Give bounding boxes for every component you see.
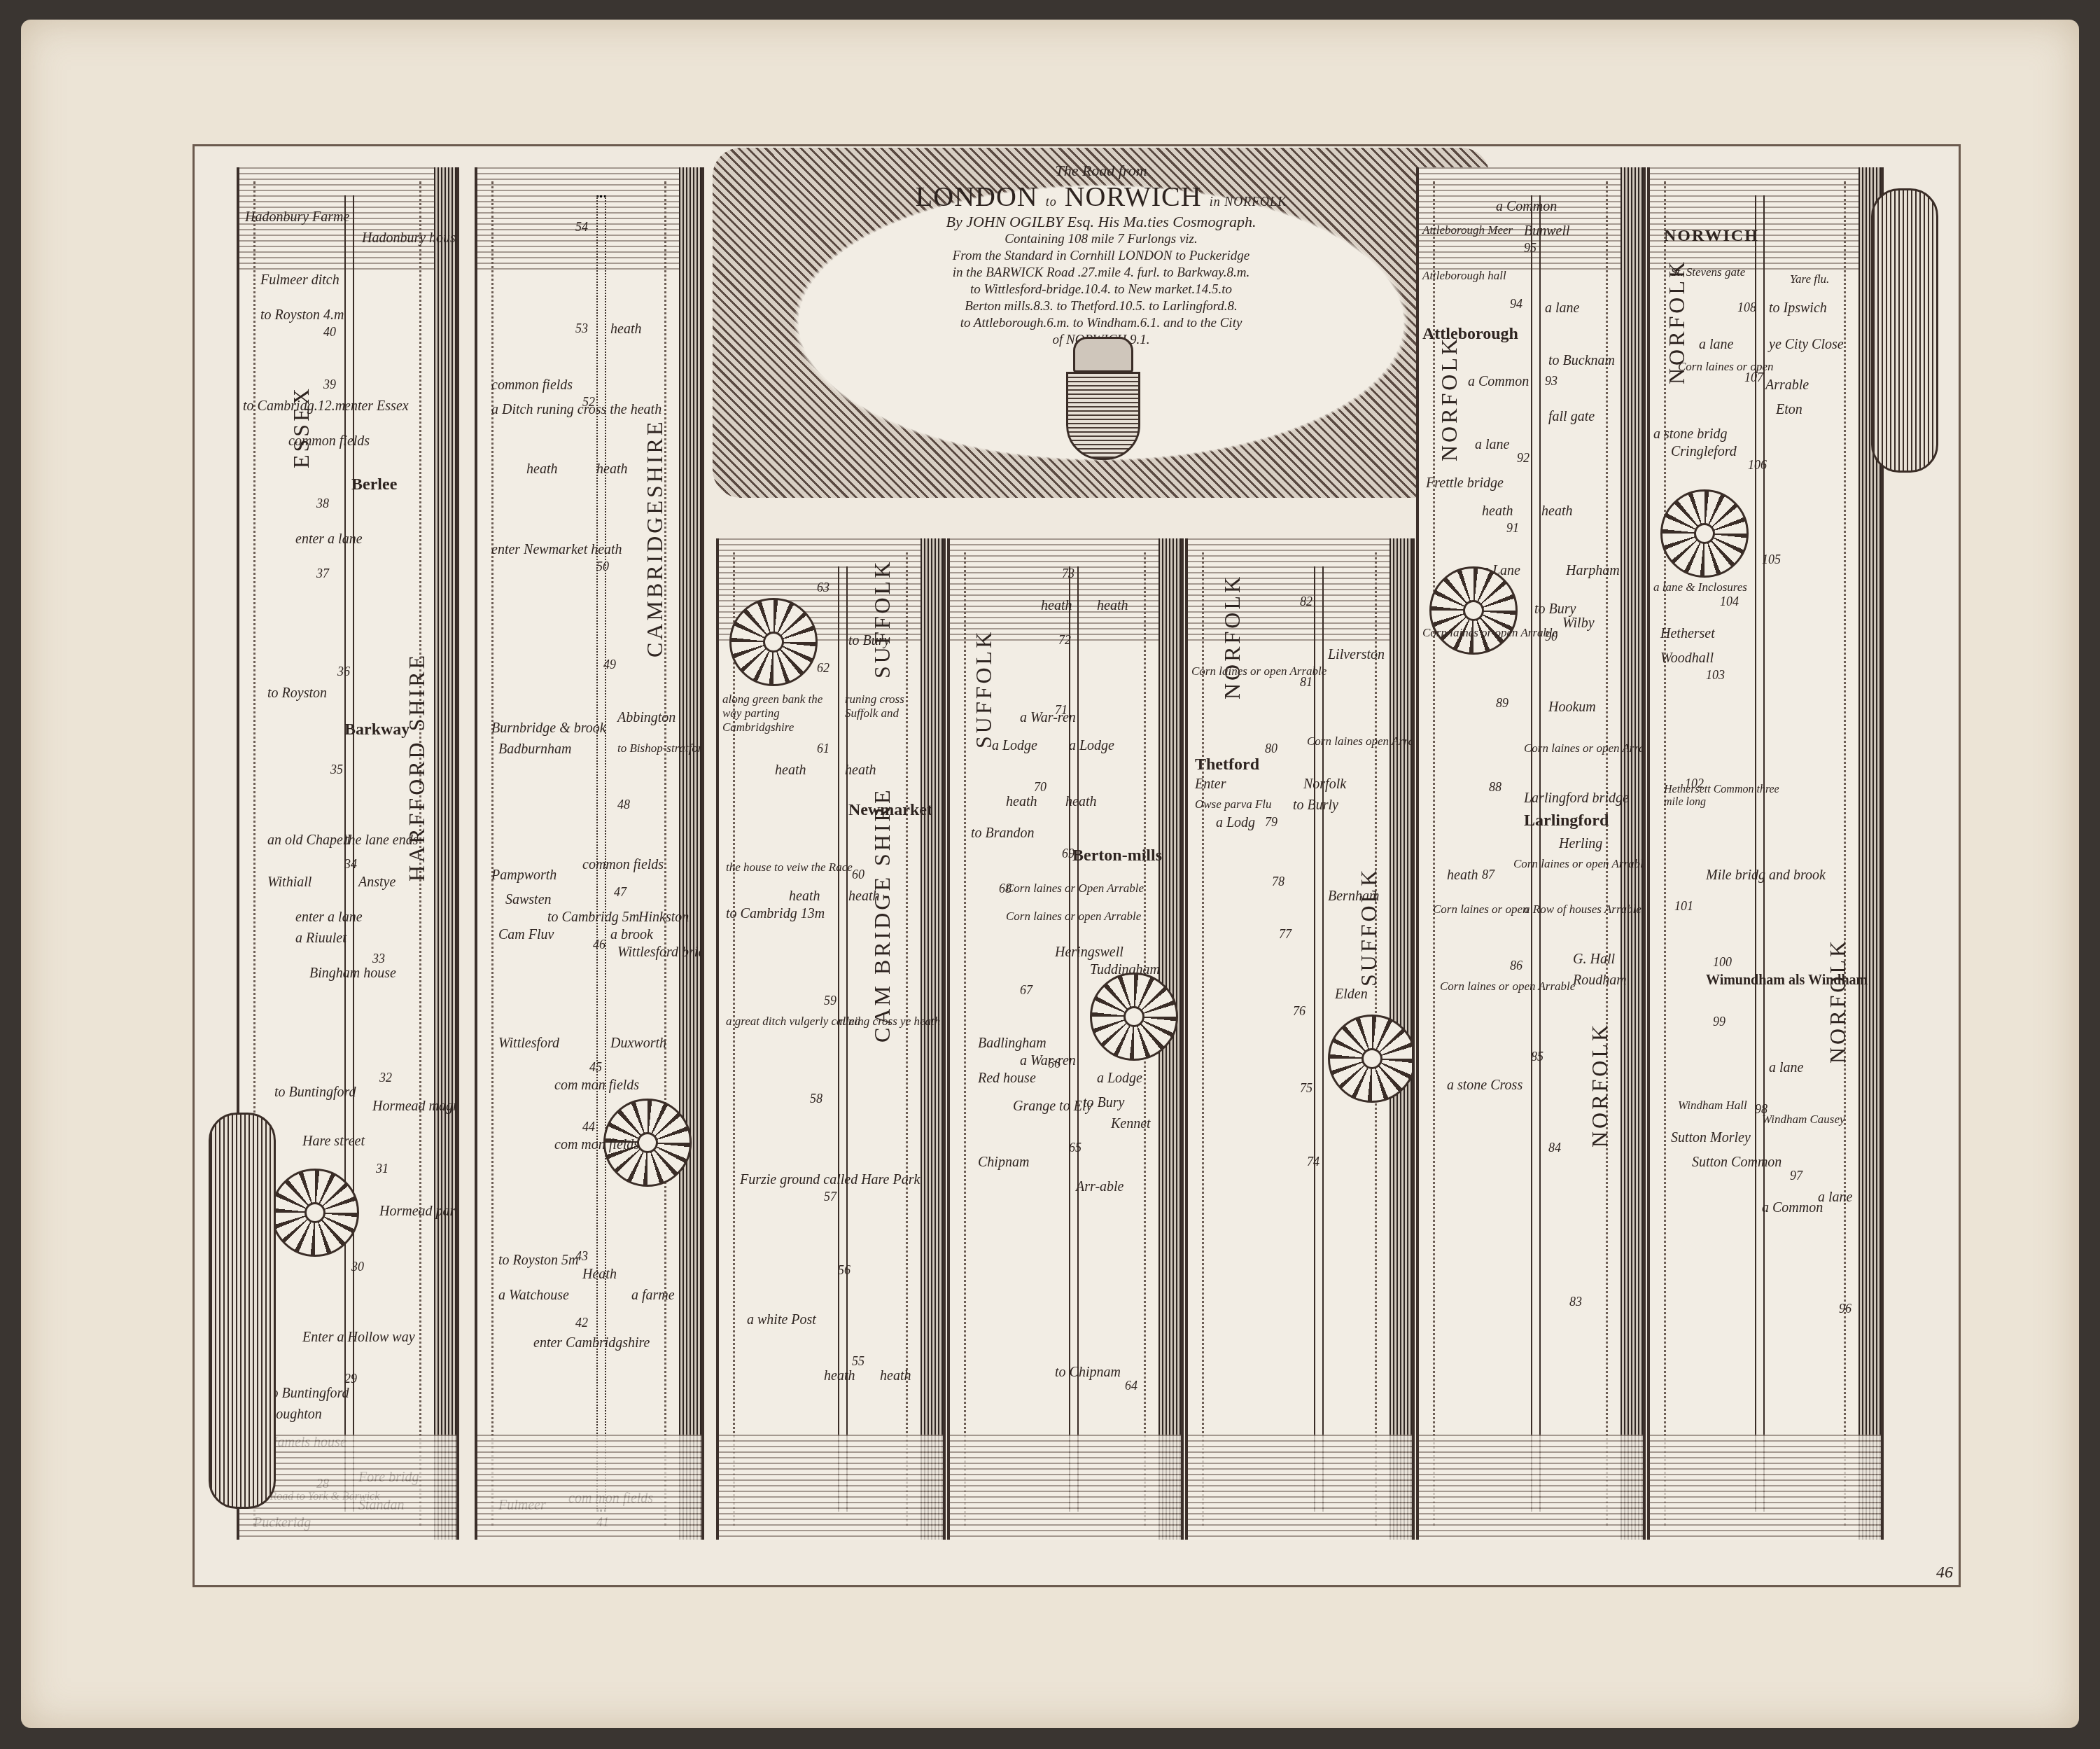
place-label: heath — [789, 889, 820, 905]
place-label: Attleborough hall — [1422, 269, 1506, 283]
place-label: heath — [1006, 794, 1037, 810]
mile-marker: 36 — [337, 664, 350, 679]
place-label: heath — [1541, 503, 1572, 520]
place-label: an old Chapell — [267, 832, 351, 849]
place-label: Bingham house — [309, 966, 396, 982]
place-label: Fore bridg — [358, 1470, 419, 1486]
mile-marker: 106 — [1748, 458, 1767, 473]
mile-marker: 90 — [1545, 629, 1557, 644]
mile-marker: 94 — [1510, 297, 1522, 312]
mile-marker: 42 — [575, 1316, 588, 1330]
mile-marker: 101 — [1674, 899, 1693, 914]
place-label: Hormead magna — [372, 1099, 459, 1115]
place-label: heath — [526, 461, 557, 478]
mile-marker: 99 — [1713, 1015, 1725, 1029]
mile-marker: 46 — [593, 938, 605, 952]
place-label: Hetherset — [1660, 626, 1715, 642]
place-label: Hethersett Common three mile long — [1664, 783, 1790, 809]
mile-marker: 55 — [852, 1354, 864, 1369]
place-label: Attleborough Meer — [1422, 223, 1513, 237]
mile-marker: 100 — [1713, 955, 1732, 970]
mile-marker: 40 — [323, 325, 336, 340]
place-label: Eton — [1776, 402, 1802, 418]
place-label: Corn laines or Open Arrable — [1006, 882, 1144, 896]
place-label: to Cambridg 5m — [547, 910, 639, 926]
title-intro: The Road from — [818, 162, 1385, 180]
place-label: heath — [596, 461, 627, 478]
route-line: Berton mills.8.3. to Thetford.10.5. to L… — [818, 298, 1385, 315]
mile-marker: 69 — [1062, 846, 1074, 861]
title-cartouche: The Road from LONDON to NORWICH in NORFO… — [713, 148, 1490, 498]
place-label: to Buntingford — [274, 1085, 356, 1101]
place-label: Norfolk — [1303, 776, 1346, 793]
place-label: enter a lane — [295, 531, 363, 548]
town-label: Larlingford — [1524, 811, 1609, 830]
place-label: com mon fields — [568, 1491, 653, 1507]
place-label: Burnbridge & brook — [491, 720, 606, 737]
place-label: Duxworth — [610, 1036, 666, 1052]
place-label: Enter a Hollow way — [302, 1330, 415, 1346]
place-label: Hadonbury Farme — [245, 209, 349, 225]
place-label: Mile bridg and brook — [1706, 867, 1826, 884]
place-label: Corn laines or open — [1433, 903, 1528, 917]
royal-arms-icon — [1066, 372, 1140, 460]
place-label: Corn laines or open Arrable — [1422, 626, 1557, 640]
county-label: NORFOLK — [1436, 336, 1462, 461]
place-label: Bunwell — [1524, 223, 1570, 239]
place-label: a stone bridg — [1653, 426, 1728, 443]
road-strip-6: a Common Attleborough Meer Bunwell Attle… — [1416, 167, 1646, 1540]
mile-marker: 103 — [1706, 668, 1725, 683]
mile-marker: 96 — [1839, 1302, 1851, 1316]
road-strip-7: NORWICH St. Stevens gate Yare flu. to Ip… — [1647, 167, 1884, 1540]
mile-marker: 85 — [1531, 1050, 1543, 1064]
place-label: to Ipswich — [1769, 300, 1827, 316]
place-label: Hadonbury house — [362, 230, 459, 246]
mile-marker: 35 — [330, 762, 343, 777]
place-label: Grange to Ely — [1013, 1099, 1092, 1115]
place-label: to Royston 4.m — [260, 307, 344, 323]
place-label: Wilby — [1562, 615, 1595, 632]
place-label: Elden — [1335, 987, 1368, 1003]
map-sheet: Hadonbury Farme Hadonbury house Fulmeer … — [21, 20, 2079, 1728]
mile-marker: 81 — [1300, 675, 1312, 690]
place-label: a brook — [610, 927, 653, 943]
place-label: Sawsten — [505, 892, 552, 908]
mile-marker: 54 — [575, 220, 588, 235]
mile-marker: 59 — [824, 994, 836, 1008]
place-label: Badlingham — [978, 1036, 1046, 1052]
place-label: enter Essex — [344, 398, 409, 414]
author-line: By JOHN OGILBY Esq. His Ma.ties Cosmogra… — [818, 213, 1385, 231]
place-label: Withiall — [267, 874, 311, 891]
place-label: Hookum — [1548, 699, 1596, 716]
place-label: Hinkston — [638, 910, 689, 926]
mile-marker: 92 — [1517, 451, 1529, 466]
mile-marker: 70 — [1034, 780, 1046, 795]
place-label: a lane — [1769, 1060, 1803, 1076]
mile-marker: 91 — [1506, 521, 1519, 536]
place-label: the house to veiw the Race — [726, 860, 853, 874]
road-strip-3: SUFFOLK to Bury along green bank the way… — [716, 538, 946, 1540]
mile-marker: 78 — [1272, 874, 1284, 889]
compass-rose-icon — [1090, 973, 1178, 1061]
place-label: heath — [1065, 794, 1096, 810]
place-label: Heringswell — [1055, 945, 1123, 961]
mile-marker: 82 — [1300, 594, 1312, 609]
mile-marker: 77 — [1279, 927, 1291, 942]
place-label: a Lodg — [1216, 815, 1255, 831]
mile-marker: 47 — [614, 885, 626, 900]
place-label: G. Hall — [1573, 952, 1615, 968]
county-label: SUFFOLK — [1356, 867, 1382, 987]
mile-marker: 58 — [810, 1092, 822, 1106]
place-label: enter Newmarket heath — [491, 542, 622, 558]
mile-marker: 95 — [1524, 241, 1536, 256]
compass-rose-icon — [1328, 1015, 1415, 1103]
place-label: Puckeridg — [253, 1515, 311, 1531]
place-label: Hamels house — [267, 1435, 346, 1451]
place-label: Bernham — [1328, 889, 1379, 905]
place-label: to Royston — [267, 685, 327, 702]
place-label: to Chipnam — [1055, 1365, 1121, 1381]
place-label: Sutton Morley — [1671, 1130, 1751, 1146]
mile-marker: 80 — [1265, 741, 1277, 756]
mile-marker: 102 — [1685, 776, 1704, 791]
place-label: Enter — [1195, 776, 1226, 793]
distance-total: Containing 108 mile 7 Furlongs viz. — [818, 231, 1385, 248]
place-label: runing cross Suffolk and — [845, 692, 929, 720]
mile-marker: 75 — [1300, 1081, 1312, 1096]
mile-marker: 45 — [589, 1060, 602, 1075]
place-label: to Royston 5m — [498, 1253, 578, 1269]
county-label: CAM BRIDGE SHIRE — [869, 788, 895, 1043]
mile-marker: 64 — [1125, 1379, 1137, 1393]
mile-marker: 34 — [344, 857, 357, 872]
place-label: Chipnam — [978, 1155, 1029, 1171]
town-label: Thetford — [1195, 755, 1259, 774]
compass-rose-icon — [729, 598, 818, 686]
place-label: Cringleford — [1671, 444, 1737, 460]
place-label: a Ditch runing cross the heath — [491, 402, 661, 418]
place-label: along green bank the way parting Cambrid… — [722, 692, 834, 734]
town-label: Berton-mills — [1072, 846, 1162, 865]
mile-marker: 84 — [1548, 1141, 1561, 1155]
mile-marker: 65 — [1069, 1141, 1081, 1155]
mile-marker: 108 — [1737, 300, 1756, 315]
place-label: Corn laines or open Arrable — [1513, 857, 1646, 871]
road-strip-2: heath common fields a Ditch runing cross… — [475, 167, 704, 1540]
place-label: Wittlesford — [498, 1036, 559, 1052]
place-label: a Common — [1496, 199, 1557, 215]
place-label: Pampworth — [491, 867, 556, 884]
place-label: Owse parva Flu — [1195, 797, 1272, 811]
place-label: to Bishop-stratford — [617, 741, 704, 755]
place-label: Fulmeer — [498, 1498, 546, 1514]
mile-marker: 31 — [376, 1162, 388, 1176]
mile-marker: 71 — [1055, 703, 1067, 718]
mile-marker: 76 — [1293, 1004, 1305, 1019]
place-label: com mon fields — [554, 1137, 639, 1153]
place-label: Hormead parva — [379, 1204, 459, 1220]
mile-marker: 38 — [316, 496, 329, 511]
place-label: a Lodge — [1069, 738, 1114, 754]
place-label: Abbington — [617, 710, 675, 726]
compass-rose-icon — [1429, 566, 1518, 655]
mile-marker: 83 — [1569, 1295, 1582, 1309]
mile-marker: 63 — [817, 580, 829, 595]
place-label: a Lodge — [992, 738, 1037, 754]
mile-marker: 33 — [372, 952, 385, 966]
place-label: enter Cambridgshire — [533, 1335, 650, 1351]
place-label: Wittlesford bridge — [617, 945, 704, 961]
place-label: to Bucknam — [1548, 353, 1615, 369]
mile-marker: 98 — [1755, 1102, 1767, 1117]
place-label: Heath — [582, 1267, 617, 1283]
place-label: a Watchouse — [498, 1288, 569, 1304]
place-label: to Bury — [848, 633, 890, 649]
road-line — [596, 195, 606, 1512]
place-label: Corn laines or open Arrable — [1006, 910, 1141, 924]
mile-marker: 60 — [852, 867, 864, 882]
place-label: a stone Cross — [1447, 1078, 1522, 1094]
route-line: to Wittlesford-bridge.10.4. to New marke… — [818, 281, 1385, 298]
place-label: to Cambridg.12.m — [243, 398, 345, 414]
place-label: Kennet — [1111, 1116, 1151, 1132]
place-label: Frettle bridge — [1426, 475, 1504, 492]
mile-marker: 29 — [344, 1372, 357, 1386]
place-label: common fields — [491, 377, 573, 393]
place-label: a lane — [1699, 337, 1733, 353]
mile-marker: 104 — [1720, 594, 1739, 609]
road-strip-4: SUFFOLK heath heath a War-ren a Lodge a … — [947, 538, 1184, 1540]
road-line — [1755, 195, 1765, 1512]
mile-marker: 28 — [316, 1477, 329, 1491]
place-label: Standan — [358, 1498, 405, 1514]
mile-marker: 39 — [323, 377, 336, 392]
place-label: Hare street — [302, 1134, 365, 1150]
place-label: Fulmeer ditch — [260, 272, 339, 288]
mile-marker: 48 — [617, 797, 630, 812]
place-label: Red house — [978, 1071, 1036, 1087]
mile-marker: 53 — [575, 321, 588, 336]
scroll-curl-right — [1871, 188, 1938, 473]
place-label: Corn laines open Arrable — [1307, 734, 1415, 748]
road-strip-5: NORFOLK Lilverston Corn laines or open A… — [1185, 538, 1415, 1540]
place-label: a Riuulet — [295, 931, 346, 947]
place-label: com mon fields — [554, 1078, 639, 1094]
mile-marker: 105 — [1762, 552, 1781, 567]
route-line: in the BARWICK Road .27.mile 4. furl. to… — [818, 265, 1385, 281]
place-label: a Lodge — [1097, 1071, 1142, 1087]
place-label: heath — [824, 1368, 855, 1384]
mile-marker: 97 — [1790, 1169, 1802, 1183]
county-label: SUFFOLK — [869, 559, 895, 678]
crown-icon — [1073, 337, 1133, 372]
mile-marker: 56 — [838, 1263, 850, 1278]
road-line — [1531, 195, 1541, 1512]
county-label: SUFFOLK — [971, 629, 997, 748]
place-label: Roudham — [1573, 973, 1627, 989]
place-label: to Cambridg 13m — [726, 906, 825, 922]
place-label: a white Post — [747, 1312, 816, 1328]
mile-marker: 32 — [379, 1071, 392, 1085]
place-label: heath — [610, 321, 641, 337]
mile-marker: 107 — [1744, 370, 1763, 385]
road-line — [344, 195, 354, 1512]
place-label: Harpham — [1566, 563, 1620, 579]
place-label: Lilverston — [1328, 647, 1385, 663]
city-label: NORWICH — [1664, 227, 1759, 246]
place-label: common fields — [582, 857, 664, 873]
place-label: Windham Hall — [1678, 1099, 1747, 1113]
place-label: heath — [1097, 598, 1128, 614]
mile-marker: 43 — [575, 1249, 588, 1264]
place-label: a Common — [1468, 374, 1529, 390]
place-label: the lane ends — [344, 832, 419, 849]
scroll-curl-left — [209, 1113, 276, 1509]
place-label: runing cross ye heath the Devills ditch — [838, 1015, 946, 1029]
place-label: a farme — [631, 1288, 675, 1304]
mile-marker: 37 — [316, 566, 329, 581]
mile-marker: 44 — [582, 1120, 595, 1134]
mile-marker: 86 — [1510, 959, 1522, 973]
place-label: to Brandon — [971, 825, 1035, 842]
mile-marker: 67 — [1020, 983, 1032, 998]
place-label: a Common — [1762, 1200, 1823, 1216]
place-label: Yare flu. — [1790, 272, 1829, 286]
place-label: Furzie ground called Hare Park — [740, 1172, 920, 1188]
mile-marker: 62 — [817, 661, 829, 676]
place-label: Herling — [1559, 836, 1602, 852]
place-label: fall gate — [1548, 409, 1595, 425]
place-label: heath — [1482, 503, 1513, 520]
compass-rose-icon — [1660, 489, 1749, 578]
compass-rose-icon — [271, 1169, 359, 1257]
place-label: Sutton Common — [1692, 1155, 1781, 1171]
county-label: CAMBRIDGESHIRE — [642, 419, 668, 657]
place-label: heath — [775, 762, 806, 779]
county-label: NORFOLK — [1219, 574, 1245, 699]
place-label: Cam Fluv — [498, 927, 554, 943]
mile-marker: 88 — [1489, 780, 1501, 795]
county-label: NORFOLK — [1587, 1022, 1613, 1148]
mile-marker: 72 — [1058, 633, 1071, 648]
place-label: to Bury — [1083, 1095, 1124, 1111]
place-label: Larlingford bridge — [1524, 790, 1629, 807]
mile-marker: 49 — [603, 657, 616, 672]
place-label: Anstye — [358, 874, 395, 891]
mile-marker: 61 — [817, 741, 829, 756]
place-label: a Row of houses Arrable — [1524, 903, 1641, 917]
mile-marker: 93 — [1545, 374, 1557, 389]
mile-marker: 68 — [999, 882, 1011, 896]
road-line — [1314, 566, 1324, 1512]
place-label: to Burly — [1293, 797, 1338, 814]
place-label: Arr-able — [1076, 1179, 1123, 1195]
mile-marker: 52 — [582, 395, 595, 410]
place-label: a lane — [1545, 300, 1579, 316]
route-line: to Attleborough.6.m. to Windham.6.1. and… — [818, 315, 1385, 332]
county-label: NORFOLK — [1825, 938, 1851, 1064]
town-label: Berlee — [351, 475, 397, 494]
place-label: a lane & Inclosures — [1653, 580, 1747, 594]
place-label: a lane — [1475, 437, 1509, 453]
place-label: ye City Close — [1769, 337, 1844, 353]
place-label: a lane — [1818, 1190, 1852, 1206]
mile-marker: 41 — [596, 1515, 609, 1530]
place-label: heath — [880, 1368, 911, 1384]
place-label: enter a lane — [295, 910, 363, 926]
mile-marker: 79 — [1265, 815, 1277, 830]
map-plate: Hadonbury Farme Hadonbury house Fulmeer … — [192, 144, 1961, 1587]
place-label: heath — [1447, 867, 1478, 884]
mile-marker: 66 — [1048, 1057, 1060, 1071]
place-label: Woodhall — [1660, 650, 1714, 667]
place-label: common fields — [288, 433, 370, 450]
place-label: Corn laines or open Arrable — [1524, 741, 1646, 755]
mile-marker: 89 — [1496, 696, 1508, 711]
town-label: Barkway — [344, 720, 409, 739]
plate-number: 46 — [1936, 1563, 1953, 1582]
place-label: Badburnham — [498, 741, 571, 758]
mile-marker: 30 — [351, 1260, 364, 1274]
mile-marker: 73 — [1062, 566, 1074, 581]
place-label: to Buntingford — [267, 1386, 349, 1402]
mile-marker: 57 — [824, 1190, 836, 1204]
map-title: LONDON to NORWICH in NORFOLK — [818, 180, 1385, 213]
place-label: Corn laines or open Arrable — [1440, 980, 1575, 994]
mile-marker: 87 — [1482, 867, 1494, 882]
mile-marker: 74 — [1307, 1155, 1319, 1169]
place-label: heath — [845, 762, 876, 779]
place-label: Windham Causey — [1762, 1113, 1845, 1127]
place-label: heath — [1041, 598, 1072, 614]
place-label: Arrable — [1765, 377, 1809, 393]
mile-marker: 50 — [596, 559, 609, 574]
route-line: From the Standard in Cornhill LONDON to … — [818, 248, 1385, 265]
